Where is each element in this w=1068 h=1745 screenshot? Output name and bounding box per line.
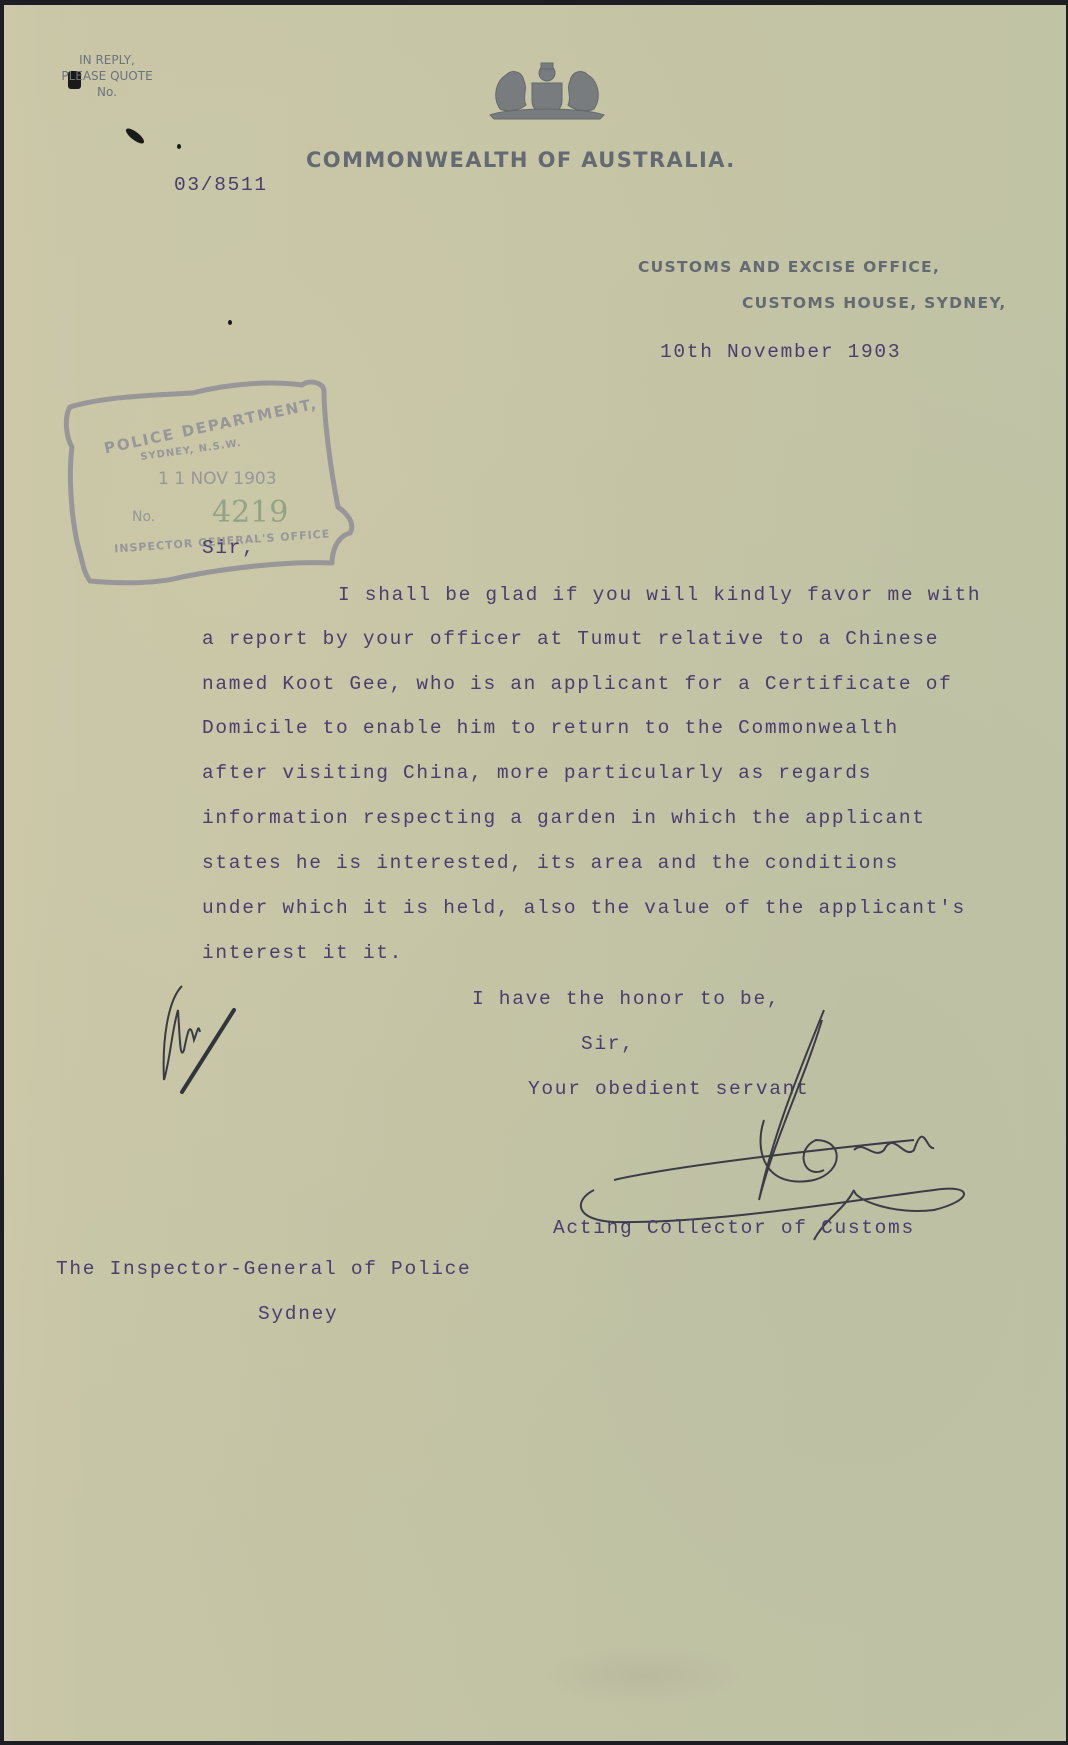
body-line: states he is interested, its area and th… <box>202 852 899 874</box>
reply-instruction: IN REPLY, PLEASE QUOTE No. <box>32 52 182 100</box>
body-line: after visiting China, more particularly … <box>202 762 872 784</box>
reply-line: No. <box>32 84 182 100</box>
body-line: a report by your officer at Tumut relati… <box>202 628 939 650</box>
coat-of-arms-icon <box>482 57 612 121</box>
office-address-line2: CUSTOMS HOUSE, SYDNEY, <box>742 294 1007 312</box>
punch-hole-mark <box>228 320 232 325</box>
bleed-through-mark <box>544 1645 744 1705</box>
stamp-date: 1 1 NOV 1903 <box>158 469 277 489</box>
stamp-number: 4219 <box>212 495 288 530</box>
body-line: interest it it. <box>202 942 403 964</box>
reply-line: PLEASE QUOTE <box>32 68 182 84</box>
margin-initials-signature <box>154 980 254 1100</box>
punch-hole-mark <box>177 144 181 149</box>
recipient-line1: The Inspector-General of Police <box>56 1258 471 1280</box>
signatory-title: Acting Collector of Customs <box>553 1217 915 1239</box>
body-line: named Koot Gee, who is an applicant for … <box>202 673 953 695</box>
letter-page: IN REPLY, PLEASE QUOTE No. 03/8511 COMMO… <box>4 5 1066 1741</box>
letterhead-title: COMMONWEALTH OF AUSTRALIA. <box>306 148 736 172</box>
body-line: I shall be glad if you will kindly favor… <box>338 584 981 606</box>
stamp-number-label: No. <box>132 509 155 525</box>
reference-number: 03/8511 <box>174 174 268 196</box>
recipient-line2: Sydney <box>258 1303 338 1325</box>
body-line: Domicile to enable him to return to the … <box>202 717 899 739</box>
salutation: Sir, <box>202 537 256 559</box>
letter-date: 10th November 1903 <box>660 341 901 363</box>
punch-hole-mark <box>124 126 146 146</box>
body-line: under which it is held, also the value o… <box>202 897 966 919</box>
reply-line: IN REPLY, <box>32 52 182 68</box>
office-address-line1: CUSTOMS AND EXCISE OFFICE, <box>638 258 940 276</box>
body-line: information respecting a garden in which… <box>202 807 926 829</box>
